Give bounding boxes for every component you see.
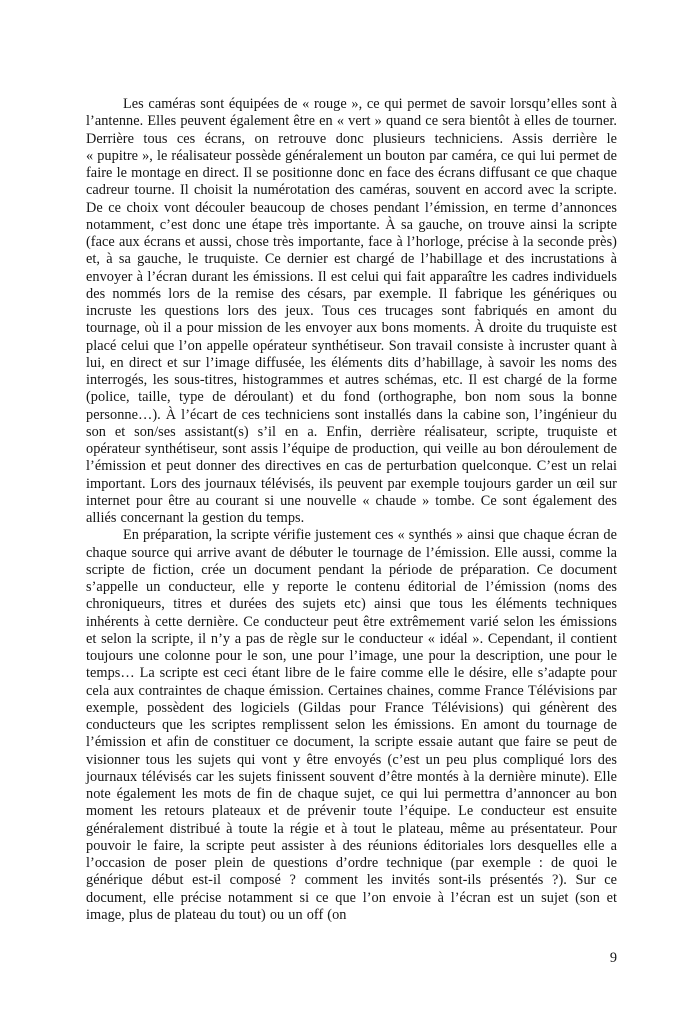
body-text: Les caméras sont équipées de « rouge », … xyxy=(86,96,617,924)
document-page: Les caméras sont équipées de « rouge », … xyxy=(0,0,700,1028)
paragraph-1: Les caméras sont équipées de « rouge », … xyxy=(86,96,617,527)
page-number: 9 xyxy=(86,950,617,967)
paragraph-2: En préparation, la scripte vérifie juste… xyxy=(86,527,617,924)
